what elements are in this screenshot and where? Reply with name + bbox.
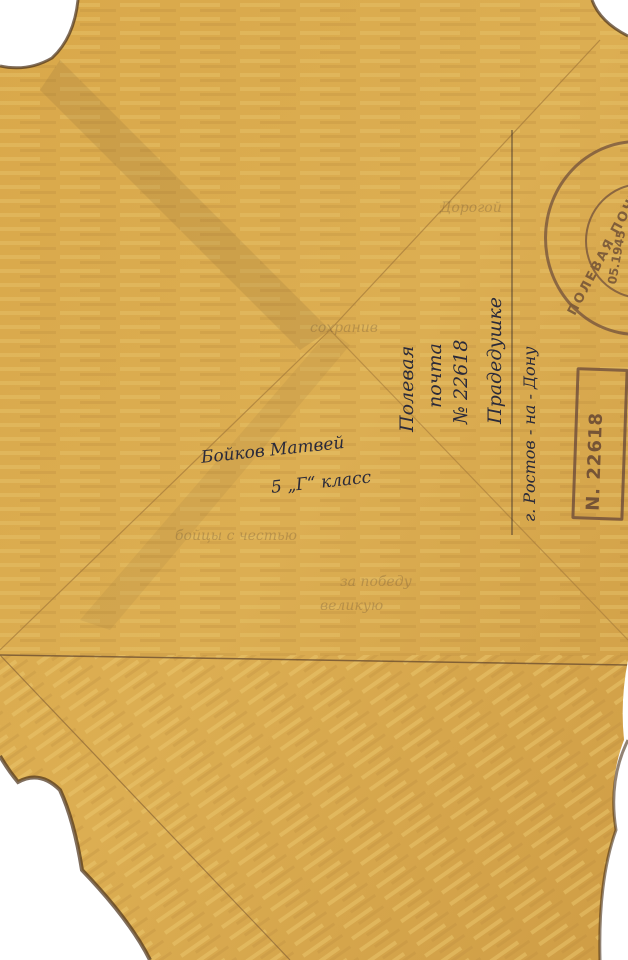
field-post-number-stamp: N. 22618 [571, 367, 628, 521]
address-line-post: почта [424, 343, 446, 408]
faint-text: за победу [340, 574, 412, 590]
address-line-number: № 22618 [450, 340, 472, 424]
faint-text: Дорогой [440, 200, 502, 216]
faint-text: великую [320, 598, 383, 614]
faint-text: сохранив [310, 320, 378, 336]
address-line-field-post: Полевая [396, 346, 418, 432]
address-city: г. Ростов - на - Дону [520, 347, 539, 522]
triangle-letter: Дорогой сохранив бойцы с честью за побед… [0, 0, 628, 960]
faint-text: бойцы с честью [175, 528, 297, 544]
address-line-recipient: Прадедушке [484, 297, 506, 424]
stamp-number: N. 22618 [583, 412, 607, 511]
